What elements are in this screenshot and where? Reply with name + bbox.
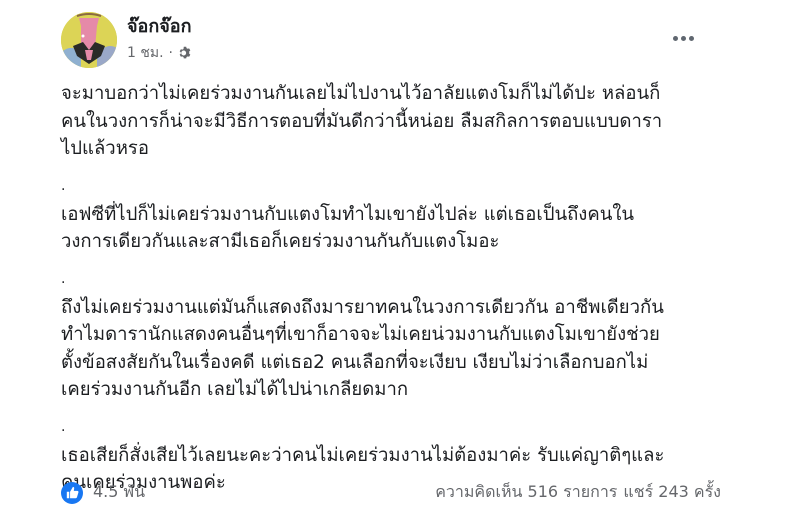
post-paragraph: ถึงไม่เคยร่วมงานแต่มันก็แสดงถึงมารยาทคนใ… xyxy=(61,294,741,404)
paragraph-separator: . xyxy=(61,163,741,201)
like-icon xyxy=(61,482,83,504)
more-options-dot xyxy=(673,36,678,41)
author-name[interactable]: จ๊อกจ๊อก xyxy=(127,15,192,39)
more-options-dot xyxy=(689,36,694,41)
reaction-count[interactable]: 4.5 พัน xyxy=(93,480,145,505)
post-subline: 1 ชม. · xyxy=(127,43,192,63)
shares-count-link[interactable]: แชร์ 243 ครั้ง xyxy=(623,480,721,505)
facebook-post: จ๊อกจ๊อก 1 ชม. · จะมาบอกว่าไม่เคยร่วมงาน… xyxy=(0,0,800,525)
engagement-stats: ความคิดเห็น 516 รายการ แชร์ 243 ครั้ง xyxy=(435,480,721,505)
post-meta: จ๊อกจ๊อก 1 ชม. · xyxy=(127,17,192,63)
post-timestamp[interactable]: 1 ชม. xyxy=(127,43,164,63)
reactions-summary[interactable]: 4.5 พัน xyxy=(61,480,145,505)
gear-icon[interactable] xyxy=(178,46,192,60)
post-paragraph: จะมาบอกว่าไม่เคยร่วมงานกันเลยไม่ไปงานไว้… xyxy=(61,80,741,163)
more-options-button[interactable] xyxy=(668,28,698,48)
paragraph-separator: . xyxy=(61,404,741,442)
paragraph-separator: . xyxy=(61,256,741,294)
post-paragraph: เอฟซีที่ไปก็ไม่เคยร่วมงานกับแตงโมทำไมเขา… xyxy=(61,201,741,256)
post-body: จะมาบอกว่าไม่เคยร่วมงานกันเลยไม่ไปงานไว้… xyxy=(61,80,741,497)
post-header: จ๊อกจ๊อก 1 ชม. · xyxy=(61,12,192,68)
post-footer: 4.5 พัน ความคิดเห็น 516 รายการ แชร์ 243 … xyxy=(61,480,721,505)
more-options-dot xyxy=(681,36,686,41)
avatar-image xyxy=(61,12,117,68)
avatar[interactable] xyxy=(61,12,117,68)
separator-dot: · xyxy=(169,43,173,63)
comments-count-link[interactable]: ความคิดเห็น 516 รายการ xyxy=(435,480,617,505)
